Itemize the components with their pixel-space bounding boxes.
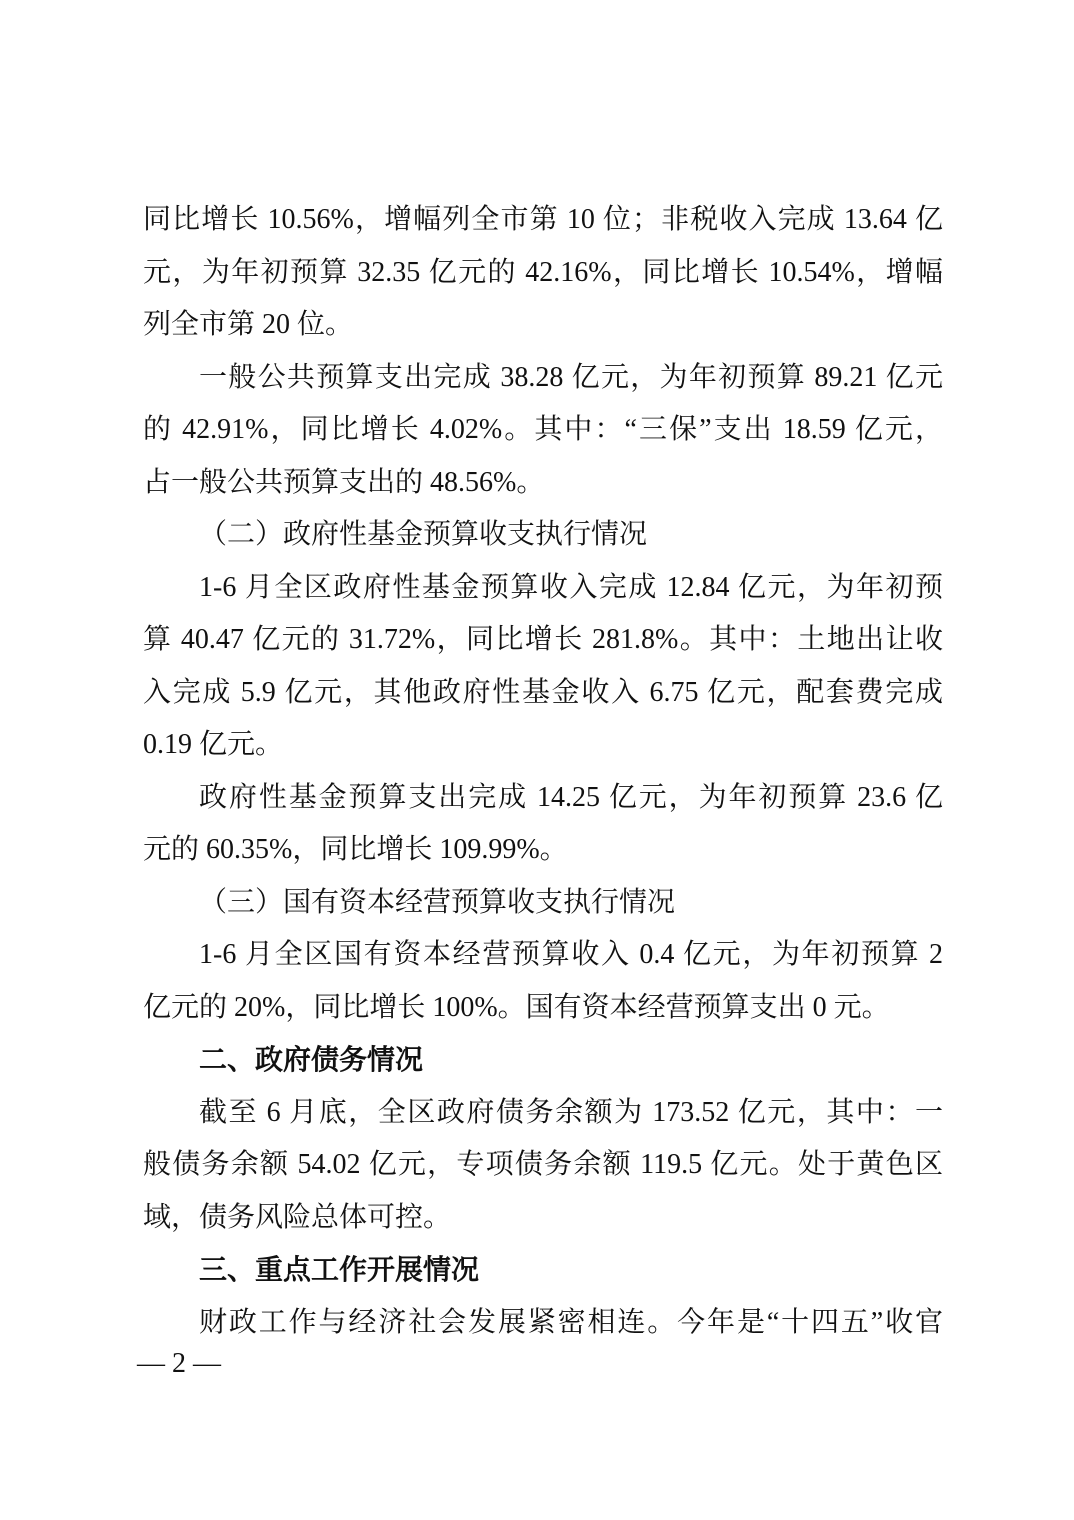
document-body: 同比增长 10.56%，增幅列全市第 10 位；非税收入完成 13.64 亿 元… [143, 194, 943, 1349]
paragraph-line: 入完成 5.9 亿元，其他政府性基金收入 6.75 亿元，配套费完成 [143, 667, 943, 720]
heading-key-work: 三、重点工作开展情况 [143, 1244, 943, 1297]
paragraph-line: 元，为年初预算 32.35 亿元的 42.16%，同比增长 10.54%，增幅 [143, 247, 943, 300]
paragraph-line: 亿元的 20%，同比增长 100%。国有资本经营预算支出 0 元。 [143, 982, 943, 1035]
paragraph-line: 同比增长 10.56%，增幅列全市第 10 位；非税收入完成 13.64 亿 [143, 194, 943, 247]
paragraph-line: 算 40.47 亿元的 31.72%，同比增长 281.8%。其中：土地出让收 [143, 614, 943, 667]
heading-soe-budget: （三）国有资本经营预算收支执行情况 [143, 877, 943, 930]
paragraph-line: 截至 6 月底，全区政府债务余额为 173.52 亿元，其中：一 [143, 1087, 943, 1140]
document-page: 同比增长 10.56%，增幅列全市第 10 位；非税收入完成 13.64 亿 元… [0, 0, 1074, 1520]
paragraph-line: 0.19 亿元。 [143, 719, 943, 772]
paragraph-line: 元的 60.35%，同比增长 109.99%。 [143, 824, 943, 877]
page-number: — 2 — [137, 1338, 221, 1391]
heading-govfund-budget: （二）政府性基金预算收支执行情况 [143, 509, 943, 562]
paragraph-line: 般债务余额 54.02 亿元，专项债务余额 119.5 亿元。处于黄色区 [143, 1139, 943, 1192]
paragraph-line: 1-6 月全区政府性基金预算收入完成 12.84 亿元，为年初预 [143, 562, 943, 615]
paragraph-line: 占一般公共预算支出的 48.56%。 [143, 457, 943, 510]
paragraph-line: 的 42.91%，同比增长 4.02%。其中：“三保”支出 18.59 亿元， [143, 404, 943, 457]
heading-government-debt: 二、政府债务情况 [143, 1034, 943, 1087]
paragraph-line: 一般公共预算支出完成 38.28 亿元，为年初预算 89.21 亿元 [143, 352, 943, 405]
paragraph-line: 财政工作与经济社会发展紧密相连。今年是“十四五”收官 [143, 1297, 943, 1350]
paragraph-line: 域，债务风险总体可控。 [143, 1192, 943, 1245]
paragraph-line: 列全市第 20 位。 [143, 299, 943, 352]
paragraph-line: 政府性基金预算支出完成 14.25 亿元，为年初预算 23.6 亿 [143, 772, 943, 825]
paragraph-line: 1-6 月全区国有资本经营预算收入 0.4 亿元，为年初预算 2 [143, 929, 943, 982]
